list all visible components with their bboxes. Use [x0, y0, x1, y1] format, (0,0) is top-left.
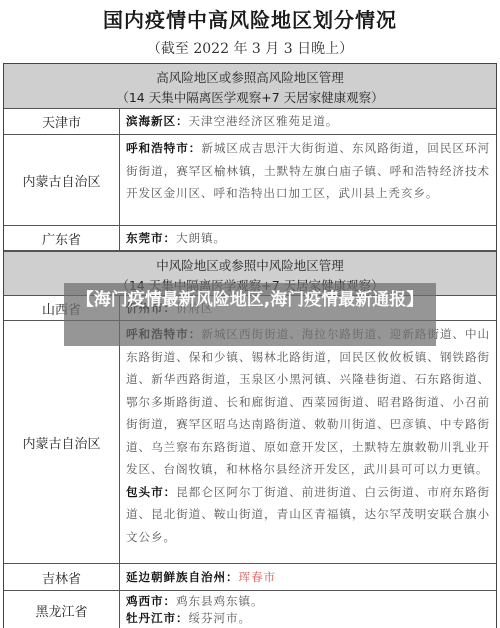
document-subtitle: （截至 2022 年 3 月 3 日晚上）	[0, 38, 500, 58]
table-row: 广东省 东莞市：大朗镇。	[4, 226, 496, 251]
area-list: 鸡东县鸡东镇。	[176, 594, 263, 608]
province-cell: 内蒙古自治区	[4, 321, 120, 563]
table-row: 内蒙古自治区 呼和浩特市：新城区西街街道、海拉尔路街道、迎新路街道、中山东路街道…	[4, 321, 496, 564]
area-cell: 延边朝鲜族自治州：珲春市	[120, 564, 496, 590]
table-row: 内蒙古自治区 呼和浩特市：新城区成吉思汗大街街道、东风路街道，回民区环河街街道，…	[4, 135, 496, 226]
city-label: 滨海新区：	[126, 114, 188, 128]
area-list: 绥芬河市。	[188, 611, 250, 625]
city-label: 牡丹江市：	[126, 611, 188, 625]
city-label: 呼和浩特市：	[126, 141, 201, 155]
province-cell: 广东省	[4, 226, 120, 250]
area-entry: 包头市：昆都仑区阿尔丁街道、前进街道、白云街道、市府东路街道、昆北街道、鞍山街道…	[126, 481, 490, 549]
document-title: 国内疫情中高风险地区划分情况	[0, 4, 500, 33]
province-cell: 天津市	[4, 109, 120, 134]
article-title-overlay[interactable]: 【海门疫情最新风险地区,海门疫情最新通报】	[64, 283, 436, 346]
area-list: 新城区西街街道、海拉尔路街道、迎新路街道、中山东路街道、保和少镇、锡林北路街道，…	[126, 327, 490, 476]
province-cell: 内蒙古自治区	[4, 135, 120, 225]
high-risk-header-note: （14 天集中隔离医学观察+7 天居家健康观察）	[4, 88, 496, 110]
area-cell: 呼和浩特市：新城区成吉思汗大街街道、东风路街道，回民区环河街街道，赛罕区榆林镇，…	[120, 135, 496, 225]
area-cell: 滨海新区：天津空港经济区雅苑足道。	[120, 109, 496, 134]
area-cell: 呼和浩特市：新城区西街街道、海拉尔路街道、迎新路街道、中山东路街道、保和少镇、锡…	[120, 321, 496, 563]
province-cell: 吉林省	[4, 564, 120, 590]
area-cell: 鸡西市：鸡东县鸡东镇。 牡丹江市：绥芬河市。	[120, 591, 496, 628]
city-label: 东莞市：	[126, 231, 176, 245]
high-risk-header-title: 高风险地区或参照高风险地区管理	[4, 64, 496, 88]
area-list: 昆都仑区阿尔丁街道、前进街道、白云街道、市府东路街道、昆北街道、鞍山街道，青山区…	[126, 485, 490, 544]
area-list: 大朗镇。	[176, 231, 226, 245]
city-label: 延边朝鲜族自治州：	[126, 570, 238, 584]
area-list-highlighted: 珲春市	[238, 570, 275, 584]
high-risk-header: 高风险地区或参照高风险地区管理 （14 天集中隔离医学观察+7 天居家健康观察）	[4, 64, 496, 109]
area-entry: 牡丹江市：绥芬河市。	[126, 610, 490, 627]
area-entry: 呼和浩特市：新城区西街街道、海拉尔路街道、迎新路街道、中山东路街道、保和少镇、锡…	[126, 323, 490, 481]
table-row: 黑龙江省 鸡西市：鸡东县鸡东镇。 牡丹江市：绥芬河市。	[4, 591, 496, 628]
province-cell: 黑龙江省	[4, 591, 120, 628]
city-label: 包头市：	[126, 485, 176, 499]
area-cell: 东莞市：大朗镇。	[120, 226, 496, 250]
area-list: 天津空港经济区雅苑足道。	[188, 114, 338, 128]
table-row: 天津市 滨海新区：天津空港经济区雅苑足道。	[4, 109, 496, 135]
medium-risk-header-title: 中风险地区或参照中风险地区管理	[4, 252, 496, 276]
area-entry: 鸡西市：鸡东县鸡东镇。	[126, 593, 490, 610]
table-row: 吉林省 延边朝鲜族自治州：珲春市	[4, 564, 496, 591]
city-label: 鸡西市：	[126, 594, 176, 608]
